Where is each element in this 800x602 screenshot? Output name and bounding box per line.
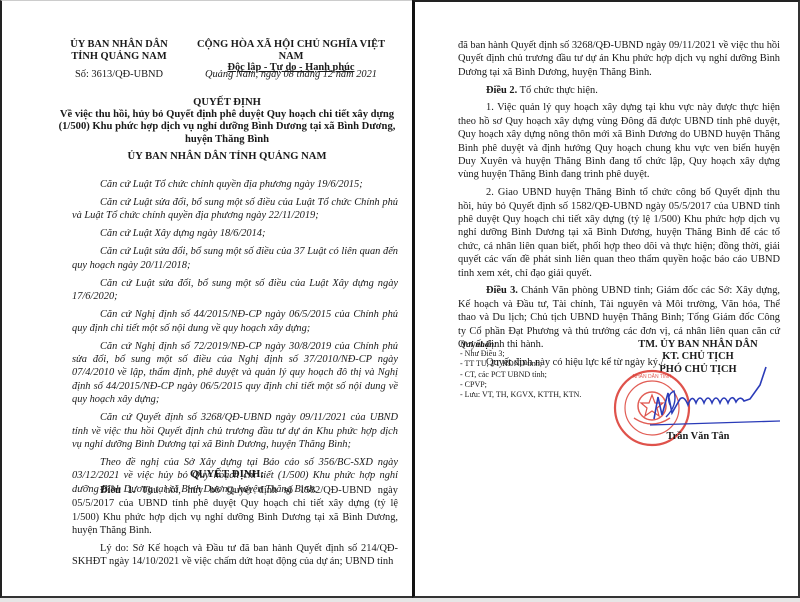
legal-bases: Căn cứ Luật Tổ chức chính quyền địa phươ…	[72, 178, 398, 501]
legal-basis-item: Căn cứ Luật sửa đổi, bổ sung một số điều…	[72, 277, 398, 304]
legal-basis-item: Căn cứ Quyết định số 3268/QĐ-UBND ngày 0…	[72, 411, 398, 451]
legal-basis-item: Căn cứ Luật sửa đổi, bổ sung một số điều…	[72, 196, 398, 223]
page-2-body: đã ban hành Quyết định số 3268/QĐ-UBND n…	[458, 39, 780, 374]
legal-basis-item: Căn cứ Nghị định số 44/2015/NĐ-CP ngày 0…	[72, 308, 398, 335]
legal-basis-item: Căn cứ Luật sửa đổi, bổ sung một số điều…	[72, 245, 398, 272]
document-type: QUYẾT ĐỊNH	[58, 97, 396, 109]
article-1-reason: Lý do: Sở Kế hoạch và Đầu tư đã ban hành…	[72, 542, 398, 569]
recipients-block: Nơi nhận: - Như Điều 3;- TT TU, TT HĐND …	[460, 339, 620, 400]
recipients-list: - Như Điều 3;- TT TU, TT HĐND tỉnh;- CT,…	[460, 349, 620, 400]
legal-basis-item: Căn cứ Luật Tổ chức chính quyền địa phươ…	[72, 178, 398, 191]
article-1: Điều 1. Thu hồi, hủy bỏ Quyết định số 15…	[72, 484, 398, 573]
signature-line-1: TM. ỦY BAN NHÂN DÂN	[608, 339, 788, 351]
article-1-text: Điều 1. Thu hồi, hủy bỏ Quyết định số 15…	[72, 484, 398, 538]
nation-line-1: CỘNG HÒA XÃ HỘI CHỦ NGHĨA VIỆT NAM	[186, 39, 396, 62]
document-subject: Về việc thu hồi, hủy bỏ Quyết định phê d…	[58, 109, 396, 146]
issuer-header: ỦY BAN NHÂN DÂN TỈNH QUẢNG NAM	[64, 39, 174, 62]
recipients-title: Nơi nhận:	[460, 339, 620, 349]
article-1-reason-continued: đã ban hành Quyết định số 3268/QĐ-UBND n…	[458, 39, 780, 79]
agency-heading: ỦY BAN NHÂN DÂN TỈNH QUẢNG NAM	[58, 151, 396, 162]
document-page-1: ỦY BAN NHÂN DÂN TỈNH QUẢNG NAM CỘNG HÒA …	[0, 0, 414, 598]
recipient-item: - Lưu: VT, TH, KGVX, KTTH, KTN.	[460, 390, 620, 400]
place-date: Quảng Nam, ngày 08 tháng 12 năm 2021	[186, 69, 396, 80]
recipient-item: - Như Điều 3;	[460, 349, 620, 359]
signer-name: Trần Văn Tân	[608, 431, 788, 442]
article-2-item-2: 2. Giao UBND huyện Thăng Bình tổ chức cô…	[458, 186, 780, 280]
legal-basis-item: Căn cứ Luật Xây dựng ngày 18/6/2014;	[72, 227, 398, 240]
recipient-item: - TT TU, TT HĐND tỉnh;	[460, 359, 620, 369]
document-number: Số: 3613/QĐ-UBND	[64, 69, 174, 80]
issuer-line-2: TỈNH QUẢNG NAM	[64, 51, 174, 63]
issuer-line-1: ỦY BAN NHÂN DÂN	[64, 39, 174, 51]
recipient-item: - CT, các PCT UBND tỉnh;	[460, 370, 620, 380]
decides-heading: QUYẾT ĐỊNH:	[58, 468, 396, 480]
page-shadow	[0, 598, 800, 602]
article-2-item-1: 1. Việc quản lý quy hoạch xây dựng tại k…	[458, 101, 780, 181]
article-2-heading: Điều 2. Tổ chức thực hiện.	[458, 84, 780, 97]
recipient-item: - CPVP;	[460, 380, 620, 390]
document-title: QUYẾT ĐỊNH Về việc thu hồi, hủy bỏ Quyết…	[58, 97, 396, 146]
handwritten-signature-icon	[640, 355, 790, 435]
legal-basis-item: Căn cứ Nghị định số 72/2019/NĐ-CP ngày 3…	[72, 340, 398, 407]
